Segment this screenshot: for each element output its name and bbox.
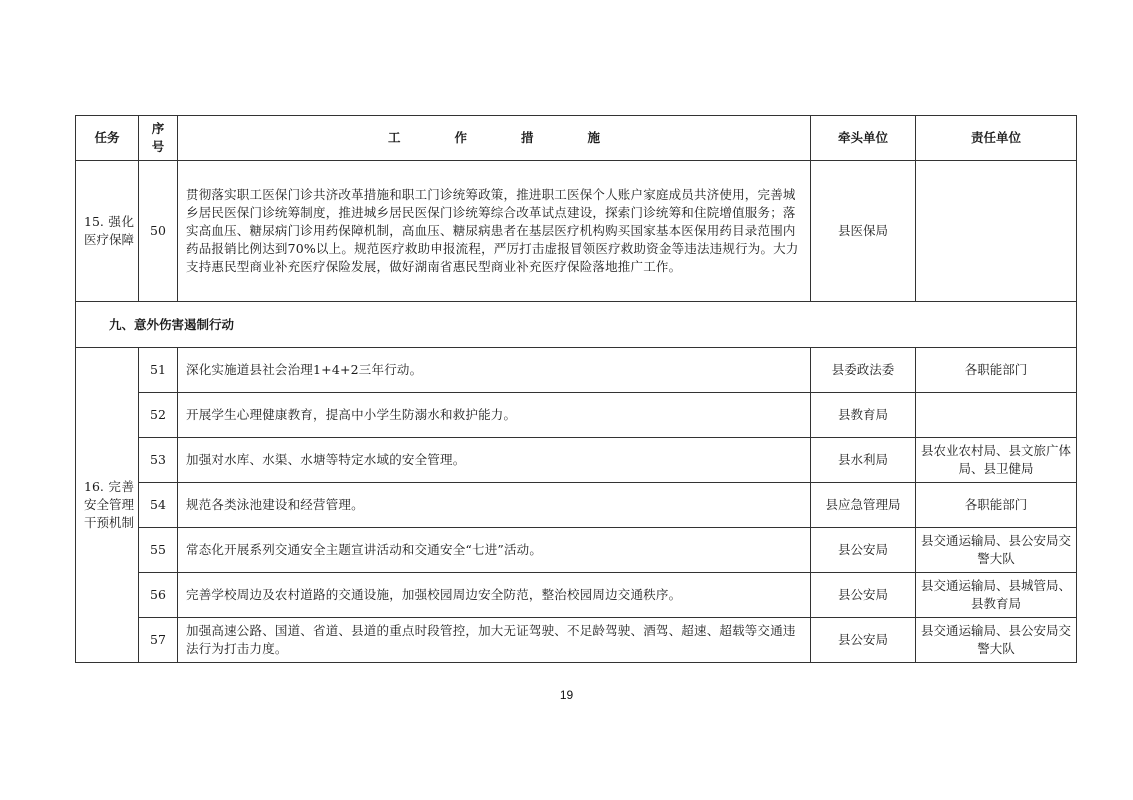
header-seq: 序 号 [139,116,178,161]
lead-cell: 县委政法委 [811,348,916,393]
seq-cell: 53 [139,438,178,483]
task-label: 16. 完善安全管理干预机制 [84,478,134,532]
lead-cell: 县公安局 [811,528,916,573]
resp-cell: 县交通运输局、县公安局交警大队 [916,618,1077,663]
resp-cell: 县农业农村局、县文旅广体局、县卫健局 [916,438,1077,483]
page-number: 19 [0,688,1133,702]
resp-cell: 县交通运输局、县公安局交警大队 [916,528,1077,573]
task-label: 15. 强化医疗保障 [84,213,134,249]
table-row: 56 完善学校周边及农村道路的交通设施，加强校园周边安全防范，整治校园周边交通秩… [76,573,1077,618]
work-cell: 规范各类泳池建设和经营管理。 [178,483,811,528]
lead-cell: 县医保局 [811,161,916,302]
lead-cell: 县公安局 [811,573,916,618]
resp-cell [916,393,1077,438]
table-row: 57 加强高速公路、国道、省道、县道的重点时段管控，加大无证驾驶、不足龄驾驶、酒… [76,618,1077,663]
header-work-char: 措 [521,129,534,147]
work-cell: 加强高速公路、国道、省道、县道的重点时段管控，加大无证驾驶、不足龄驾驶、酒驾、超… [178,618,811,663]
table-header-row: 任务 序 号 工作措施 牵头单位 责任单位 [76,116,1077,161]
seq-cell: 52 [139,393,178,438]
header-seq-line2: 号 [139,138,177,156]
table-row: 15. 强化医疗保障 50 贯彻落实职工医保门诊共济改革措施和职工门诊统筹政策，… [76,161,1077,302]
table-row: 54 规范各类泳池建设和经营管理。 县应急管理局 各职能部门 [76,483,1077,528]
seq-cell: 50 [139,161,178,302]
seq-cell: 57 [139,618,178,663]
header-work-char: 工 [388,129,401,147]
header-resp: 责任单位 [916,116,1077,161]
header-lead: 牵头单位 [811,116,916,161]
lead-cell: 县公安局 [811,618,916,663]
table-row: 53 加强对水库、水渠、水塘等特定水域的安全管理。 县水利局 县农业农村局、县文… [76,438,1077,483]
section-title: 九、意外伤害遏制行动 [76,302,1077,348]
seq-cell: 55 [139,528,178,573]
resp-cell: 各职能部门 [916,483,1077,528]
task-table: 任务 序 号 工作措施 牵头单位 责任单位 15. 强化医疗保障 50 贯彻落实… [75,115,1077,663]
lead-cell: 县教育局 [811,393,916,438]
task-cell: 15. 强化医疗保障 [76,161,139,302]
resp-cell: 县交通运输局、县城管局、县教育局 [916,573,1077,618]
table-row: 55 常态化开展系列交通安全主题宣讲活动和交通安全“七进”活动。 县公安局 县交… [76,528,1077,573]
seq-cell: 54 [139,483,178,528]
lead-cell: 县应急管理局 [811,483,916,528]
work-cell: 加强对水库、水渠、水塘等特定水域的安全管理。 [178,438,811,483]
header-seq-line1: 序 [139,120,177,138]
table-row: 52 开展学生心理健康教育，提高中小学生防溺水和救护能力。 县教育局 [76,393,1077,438]
work-cell: 贯彻落实职工医保门诊共济改革措施和职工门诊统筹政策，推进职工医保个人账户家庭成员… [178,161,811,302]
table-row: 16. 完善安全管理干预机制 51 深化实施道县社会治理1+4+2三年行动。 县… [76,348,1077,393]
work-cell: 开展学生心理健康教育，提高中小学生防溺水和救护能力。 [178,393,811,438]
document-page: 任务 序 号 工作措施 牵头单位 责任单位 15. 强化医疗保障 50 贯彻落实… [0,0,1133,800]
lead-cell: 县水利局 [811,438,916,483]
seq-cell: 51 [139,348,178,393]
header-task: 任务 [76,116,139,161]
header-work-char: 施 [588,129,601,147]
work-cell: 深化实施道县社会治理1+4+2三年行动。 [178,348,811,393]
seq-cell: 56 [139,573,178,618]
resp-cell: 各职能部门 [916,348,1077,393]
work-cell: 完善学校周边及农村道路的交通设施，加强校园周边安全防范，整治校园周边交通秩序。 [178,573,811,618]
resp-cell [916,161,1077,302]
header-work: 工作措施 [178,116,811,161]
work-cell: 常态化开展系列交通安全主题宣讲活动和交通安全“七进”活动。 [178,528,811,573]
header-work-char: 作 [454,129,467,147]
section-row: 九、意外伤害遏制行动 [76,302,1077,348]
task-cell: 16. 完善安全管理干预机制 [76,348,139,663]
